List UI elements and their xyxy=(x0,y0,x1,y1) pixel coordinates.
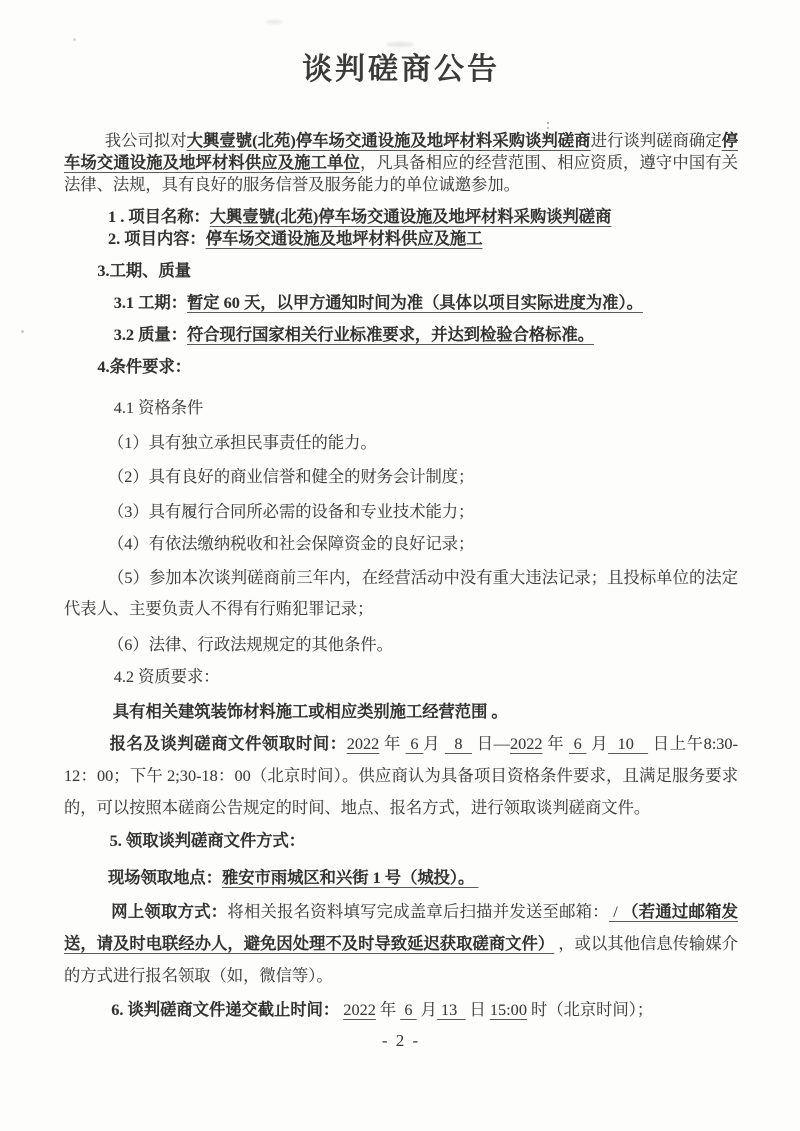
text-run: 年 xyxy=(376,1000,400,1019)
text-run: 1 . 项目名称： xyxy=(108,207,210,226)
text-run: 4.条件要求： xyxy=(97,357,191,376)
item-4-1-heading: 4.1 资格条件 xyxy=(64,392,738,424)
underlined-text-run: 6 xyxy=(569,734,587,753)
text-run: 4.1 资格条件 xyxy=(114,398,204,417)
item-5-heading: 5. 领取谈判磋商文件方式： xyxy=(64,825,738,857)
text-run: 月 xyxy=(417,1000,437,1019)
intro-paragraph: 我公司拟对大興壹號(北苑)停车场交通设施及地坪材料采购谈判磋商进行谈判磋商确定停… xyxy=(64,130,738,196)
online-method-paragraph: 网上领取方式：将相关报名资料填写完成盖章后扫描并发送至邮箱： / （若通过邮箱发… xyxy=(64,896,738,992)
underlined-text-run: / xyxy=(609,902,622,921)
text-run: （6）法律、行政法规规定的其他条件。 xyxy=(108,635,393,654)
onsite-location: 现场领取地点：雅安市雨城区和兴街 1 号（城投）。 xyxy=(64,862,738,894)
item-4-2-heading: 4.2 资质要求： xyxy=(64,661,738,693)
text-run: 将相关报名资料填写完成盖章后扫描并发送至邮箱： xyxy=(227,902,609,921)
underlined-text-run: 6 xyxy=(406,734,424,753)
underlined-text-run: 8 xyxy=(445,734,472,753)
underlined-text-run: 15:00 xyxy=(490,1000,527,1019)
text-run: 6. 谈判磋商文件递交截止时间： xyxy=(111,1000,339,1019)
page-number: - 2 - xyxy=(64,1026,738,1056)
text-run: 年 xyxy=(379,734,405,753)
underlined-text-run: 10 xyxy=(608,734,648,753)
page-title: 谈判磋商公告 xyxy=(64,52,738,88)
scan-artifact-3 xyxy=(386,42,414,47)
item-2-project-content: 2. 项目内容：停车场交通设施及地坪材料供应及施工 xyxy=(64,228,738,250)
text-run: （5）参加本次谈判磋商前三年内，在经营活动中没有重大违法记录；且投标单位的法定代… xyxy=(64,568,738,618)
item-6-deadline: 6. 谈判磋商文件递交截止时间： 2022 年 6 月 13 日 15:00 时… xyxy=(64,994,738,1026)
condition-6: （6）法律、行政法规规定的其他条件。 xyxy=(64,629,738,661)
text-run: 3.1 工期： xyxy=(114,293,187,312)
condition-3: （3）具有履行合同所必需的设备和专业技术能力； xyxy=(64,496,738,528)
text-run: 4.2 资质要求： xyxy=(114,667,220,686)
text-run: 日上午 xyxy=(648,734,704,753)
underlined-text-run: 大興壹號(北苑)停车场交通设施及地坪材料采购谈判磋商 xyxy=(187,131,591,150)
underlined-text-run: 2022 xyxy=(510,734,543,753)
text-run: 网上领取方式： xyxy=(111,902,227,921)
text-run: （1）具有独立承担民事责任的能力。 xyxy=(108,433,377,452)
text-run: 月 xyxy=(423,734,445,753)
text-run: （3）具有履行合同所必需的设备和专业技术能力； xyxy=(108,502,474,521)
scope-requirement: 具有相关建筑装饰材料施工或相应类别施工经营范围 。 xyxy=(64,696,738,728)
scan-artifact-5 xyxy=(73,38,76,41)
scan-artifact-2 xyxy=(21,330,24,333)
document-body: 我公司拟对大興壹號(北苑)停车场交通设施及地坪材料采购谈判磋商进行谈判磋商确定停… xyxy=(64,130,738,1026)
underlined-text-run: 雅安市雨城区和兴街 1 号（城投）。 xyxy=(222,868,478,887)
underlined-text-run: 2022 xyxy=(347,734,380,753)
text-run: 年 xyxy=(543,734,569,753)
scan-artifact-4 xyxy=(266,20,282,24)
text-run: 具有相关建筑装饰材料施工或相应类别施工经营范围 。 xyxy=(113,702,508,721)
underlined-text-run: 13 xyxy=(437,1000,466,1019)
text-run: 3.工期、质量 xyxy=(97,261,191,280)
condition-2: （2）具有良好的商业信誉和健全的财务会计制度； xyxy=(64,461,738,493)
underlined-text-run: 停车场交通设施及地坪材料供应及施工 xyxy=(206,229,483,248)
scan-artifact-1 xyxy=(547,122,549,124)
text-run: （4）有依法缴纳税收和社会保障资金的良好记录； xyxy=(108,534,474,553)
underlined-text-run: 符合现行国家相关行业标准要求，并达到检验合格标准。 xyxy=(187,325,594,344)
underlined-text-run: 2022 xyxy=(343,1000,376,1019)
item-1-project-name: 1 . 项目名称：大興壹號(北苑)停车场交通设施及地坪材料采购谈判磋商 xyxy=(64,206,738,228)
text-run: 3.2 质量： xyxy=(114,325,187,344)
scanned-document-page: 谈判磋商公告 我公司拟对大興壹號(北苑)停车场交通设施及地坪材料采购谈判磋商进行… xyxy=(0,0,800,1131)
text-run: 月 xyxy=(587,734,609,753)
condition-1: （1）具有独立承担民事责任的能力。 xyxy=(64,427,738,459)
text-run: 时（北京时间）； xyxy=(527,1000,653,1019)
text-run: （2）具有良好的商业信誉和健全的财务会计制度； xyxy=(108,467,474,486)
underlined-text-run: 6 xyxy=(400,1000,416,1019)
condition-4: （4）有依法缴纳税收和社会保障资金的良好记录； xyxy=(64,528,738,560)
condition-5: （5）参加本次谈判磋商前三年内，在经营活动中没有重大违法记录；且投标单位的法定代… xyxy=(64,562,738,624)
item-3-1-duration: 3.1 工期：暂定 60 天，以甲方通知时间为准（具体以项目实际进度为准）。 xyxy=(64,287,738,319)
registration-time-paragraph: 报名及谈判磋商文件领取时间：2022 年 6 月 8 日—2022 年 6 月 … xyxy=(64,728,738,824)
text-run: 我公司拟对 xyxy=(105,131,187,150)
text-run: 报名及谈判磋商文件领取时间： xyxy=(110,734,347,753)
text-run: 2. 项目内容： xyxy=(108,229,206,248)
item-3-2-quality: 3.2 质量：符合现行国家相关行业标准要求，并达到检验合格标准。 xyxy=(64,319,738,351)
underlined-text-run: 大興壹號(北苑)停车场交通设施及地坪材料采购谈判磋商 xyxy=(210,207,612,226)
text-run: 进行谈判磋商确定 xyxy=(591,131,722,150)
text-run: 日— xyxy=(472,734,510,753)
text-run: 5. 领取谈判磋商文件方式： xyxy=(110,831,305,850)
item-3-heading: 3.工期、质量 xyxy=(64,255,738,287)
text-run: 现场领取地点： xyxy=(108,868,222,887)
text-run: 日 xyxy=(465,1000,489,1019)
underlined-text-run: 暂定 60 天，以甲方通知时间为准（具体以项目实际进度为准）。 xyxy=(187,293,643,312)
item-4-heading: 4.条件要求： xyxy=(64,351,738,383)
